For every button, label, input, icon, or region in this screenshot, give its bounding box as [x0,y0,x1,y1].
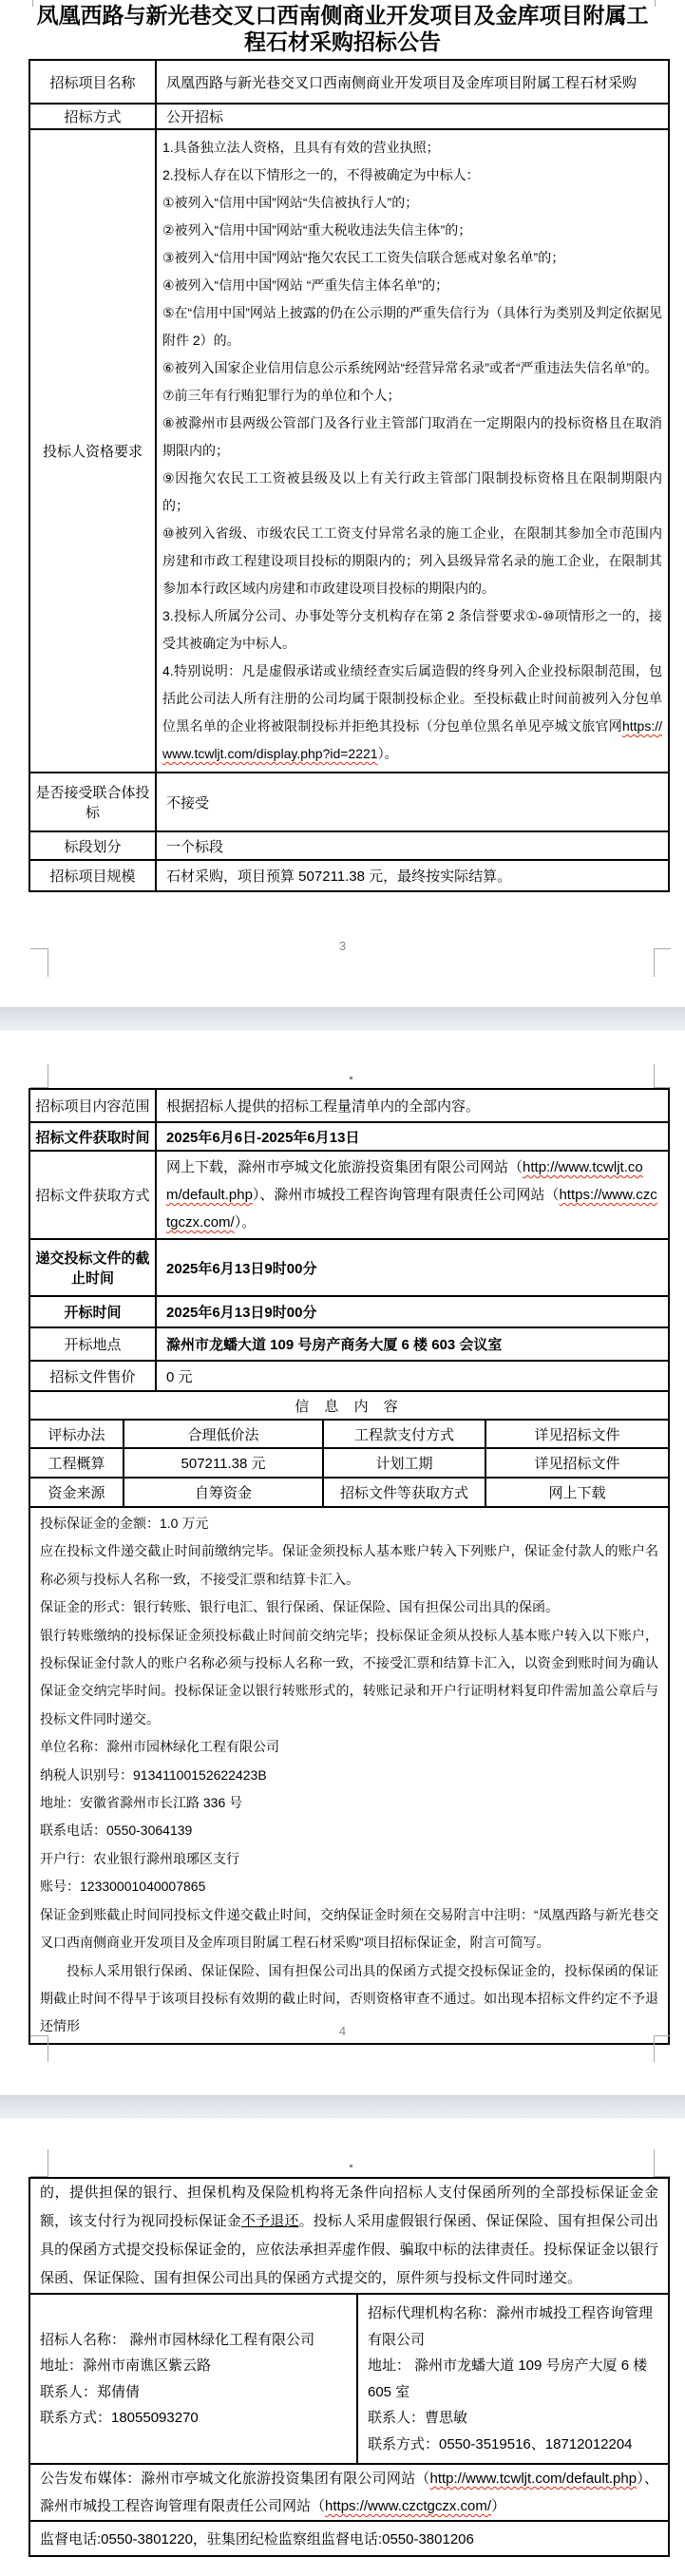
margin-mark [48,948,48,977]
qualification-item: ⑥被列入国家企业信用信息公示系统网站“经营异常名录”或者“严重违法失信名单”的。 [162,354,662,382]
margin-mark [48,2035,48,2062]
tenderer-address: 地址：滁州市南谯区紫云路 [40,2353,347,2379]
page-2: 招标项目内容范围 根据招标人提供的招标工程量清单内的全部内容。 招标文件获取时间… [0,1030,685,2095]
fund-source-label: 资金来源 [29,1478,124,1507]
table-row: 公告发布媒体：滁州市亭城文化旅游投资集团有限公司网站（http://www.tc… [29,2464,669,2521]
margin-mark [654,2149,655,2177]
open-place-value: 滁州市龙蟠大道 109 号房产商务大厦 6 楼 603 会议室 [156,1327,669,1361]
table-row: 资金来源 自筹资金 招标文件等获取方式 网上下载 [29,1478,669,1507]
qualification-item: 4.特别说明：凡是虚假承诺或业绩经查实后属造假的终身列入企业投标限制范围，包括此… [162,658,662,768]
lot-division-value: 一个标段 [156,831,669,860]
margin-mark [654,2035,655,2062]
table-row: 递交投标文件的截止时间 2025年6月13日9时00分 [29,1239,669,1296]
tender-info-table: 招标项目内容范围 根据招标人提供的招标工程量清单内的全部内容。 招标文件获取时间… [29,1088,670,2045]
open-place-label: 开标地点 [29,1327,156,1361]
doc-obtain-way-value: 网上下载，滁州市亭城文化旅游投资集团有限公司网站（http://www.tcwl… [156,1151,669,1239]
qualification-item: 2.投标人存在以下情形之一的，不得被确定为中标人： [162,162,662,189]
margin-mark [654,948,655,977]
margin-mark [48,1064,48,1088]
table-row: 招标人名称： 滁州市园林绿化工程有限公司 地址：滁州市南谯区紫云路 联系人：郑倩… [29,2294,669,2464]
scope-label: 招标项目内容范围 [29,1089,156,1122]
project-name-value: 凤凰西路与新光巷交叉口西南侧商业开发项目及金库项目附属工程石材采购 [156,60,669,104]
doc-obtain-text: ）、滁州市城投工程咨询管理有限责任公司网站（ [253,1187,560,1203]
page-number: 3 [0,939,685,953]
margin-mark [654,2035,671,2036]
contact-table: 的，提供担保的银行、担保机构及保险机构将无条件向招标人支付保函所列的全部投标保证… [29,2177,670,2557]
media-text: 公告发布媒体：滁州市亭城文化旅游投资集团有限公司网站（ [40,2471,429,2487]
guarantee-paragraph: 应在投标文件递交截止时间前缴纳完毕。保证金须投标人基本账户转入下列账户，保证金付… [40,1537,658,1593]
guarantee-paragraph: 保证金的形式：银行转账、银行电汇、银行保函、保证保险、国有担保公司出具的保函。 [40,1593,658,1621]
account-phone: 联系电话：0550-3064139 [40,1817,658,1844]
qualification-label: 投标人资格要求 [29,129,156,773]
joint-bid-label: 是否接受联合体投标 [29,773,156,831]
page-number: 4 [0,2024,685,2038]
fund-source-value: 自筹资金 [124,1478,323,1507]
lot-division-label: 标段划分 [29,831,156,860]
tender-method-label: 招标方式 [29,104,156,129]
page-separator [0,2095,685,2118]
agency-phone: 联系方式：0550-3519516、18712012204 [368,2432,658,2458]
doc-obtain-time-value: 2025年6月6日-2025年6月13日 [156,1122,669,1151]
open-time-label: 开标时间 [29,1296,156,1327]
qualification-item: ⑩被列入省级、市级农民工工资支付异常名录的施工企业，在限制其参加全市范围内房建和… [162,520,662,602]
obtain-way-value: 网上下载 [485,1478,669,1507]
margin-mark [654,1064,655,1088]
table-row: 评标办法 合理低价法 工程款支付方式 详见招标文件 [29,1420,669,1448]
table-row: 招标项目规模 石材采购，项目预算 507211.38 元，最终按实际结算。 [29,860,669,891]
table-row: 投标人资格要求 1.具备独立法人资格，且具有有效的营业执照； 2.投标人存在以下… [29,129,669,773]
qualification-note: 4.特别说明：凡是虚假承诺或业绩经查实后属造假的终身列入企业投标限制范围，包括此… [162,663,662,734]
doc-obtain-text: ）。 [235,1214,257,1231]
obtain-way-label: 招标文件等获取方式 [323,1478,485,1507]
eval-method-value: 合理低价法 [124,1420,323,1448]
submit-deadline-value: 2025年6月13日9时00分 [156,1239,669,1296]
payment-way-label: 工程款支付方式 [323,1420,485,1448]
doc-obtain-text: 网上下载，滁州市亭城文化旅游投资集团有限公司网站（ [166,1159,523,1175]
scope-value: 根据招标人提供的招标工程量清单内的全部内容。 [156,1089,669,1122]
project-scale-value: 石材采购，项目预算 507211.38 元，最终按实际结算。 [156,860,669,891]
payment-way-value: 详见招标文件 [485,1420,669,1448]
bank-name: 开户行：农业银行滁州琅琊区支行 [40,1845,658,1873]
doc-obtain-time-label: 招标文件获取时间 [29,1122,156,1151]
center-margin-dot [350,1077,352,1079]
guarantee-continuation: 的，提供担保的银行、担保机构及保险机构将无条件向招标人支付保函所列的全部投标保证… [40,2179,658,2293]
supervision-phone: 监督电话:0550-3801220，驻集团纪检监察组监督电话:0550-3801… [29,2521,669,2556]
guarantee-amount: 投标保证金的金额：1.0 万元 [40,1510,658,1537]
doc-price-value: 0 元 [156,1361,669,1391]
table-row: 开标地点 滁州市龙蟠大道 109 号房产商务大厦 6 楼 603 会议室 [29,1327,669,1361]
tenderer-name: 招标人名称： 滁州市园林绿化工程有限公司 [40,2327,347,2354]
announcement-media-cell: 公告发布媒体：滁州市亭城文化旅游投资集团有限公司网站（http://www.tc… [29,2464,669,2521]
page-3: 的，提供担保的银行、担保机构及保险机构将无条件向招标人支付保函所列的全部投标保证… [0,2118,685,2576]
table-row: 信 息 内 容 [29,1391,669,1420]
qualification-item: ④被列入“信用中国”网站 “严重失信主体名单”的； [162,272,662,299]
submit-deadline-label: 递交投标文件的截止时间 [29,1239,156,1296]
taxpayer-id: 纳税人识别号：91341100152622423B [40,1762,658,1789]
table-row: 招标文件售价 0 元 [29,1361,669,1391]
doc-obtain-way-label: 招标文件获取方式 [29,1151,156,1239]
budget-label: 工程概算 [29,1448,124,1478]
guarantee-continuation-cell: 的，提供担保的银行、担保机构及保险机构将无条件向招标人支付保函所列的全部投标保证… [29,2178,669,2294]
guarantee-paragraph: 保证金到账截止时间同投标文件递交截止时间，交纳保证金时须在交易附言中注明：“凤凰… [40,1901,658,1957]
tenderer-cell: 招标人名称： 滁州市园林绿化工程有限公司 地址：滁州市南谯区紫云路 联系人：郑倩… [29,2294,357,2464]
qualification-item: ③被列入“信用中国”网站“拖欠农民工工资失信联合惩戒对象名单”的； [162,244,662,272]
qualification-item: ⑦前三年有行贿犯罪行为的单位和个人； [162,382,662,410]
table-row: 监督电话:0550-3801220，驻集团纪检监察组监督电话:0550-3801… [29,2521,669,2556]
table-row: 工程概算 507211.38 元 计划工期 详见招标文件 [29,1448,669,1478]
open-time-value: 2025年6月13日9时00分 [156,1296,669,1327]
table-row: 投标保证金的金额：1.0 万元 应在投标文件递交截止时间前缴纳完毕。保证金须投标… [29,1507,669,2044]
agency-address: 地址： 滁州市龙蟠大道 109 号房产大厦 6 楼 605 室 [368,2353,658,2405]
info-content-header: 信 息 内 容 [29,1391,669,1420]
margin-mark [48,2149,48,2177]
qualification-item: ⑤在“信用中国”网站上披露的仍在公示期的严重失信行为（具体行为类别及判定依据见附… [162,299,662,354]
qualification-item: 3.投标人所属分公司、办事处等分支机构存在第 2 条信誉要求①-⑩项情形之一的，… [162,602,662,658]
document-viewer: 凤凰西路与新光巷交叉口西南侧商业开发项目及金库项目附属工程石材采购招标公告 招标… [0,0,685,2576]
qualification-item: ⑨因拖欠农民工工资被县级及以上有关行政主管部门限制投标资格且在限制期限内的； [162,465,662,520]
qualification-item: 1.具备独立法人资格，且具有有效的营业执照； [162,134,662,162]
table-row: 招标方式 公开招标 [29,104,669,129]
document-title: 凤凰西路与新光巷交叉口西南侧商业开发项目及金库项目附属工程石材采购招标公告 [29,2,656,55]
table-row: 开标时间 2025年6月13日9时00分 [29,1296,669,1327]
bank-account: 账号：12330001040007865 [40,1873,658,1900]
czctgczx-url: https://www.czctgczx.com/ [325,2498,491,2514]
doc-price-label: 招标文件售价 [29,1361,156,1391]
tcwljt-url: http://www.tcwljt.com/default.php [429,2471,637,2487]
media-text: ） [491,2498,505,2514]
qualification-item: ①被列入“信用中国”网站“失信被执行人”的； [162,189,662,217]
page-separator [0,1007,685,1030]
table-row: 招标文件获取时间 2025年6月6日-2025年6月13日 [29,1122,669,1151]
tenderer-phone: 联系方式：18055093270 [40,2405,347,2432]
project-name-label: 招标项目名称 [29,60,156,104]
qualification-note-end: ）。 [378,746,398,761]
qualification-item: ②被列入“信用中国”网站“重大税收违法失信主体”的； [162,217,662,244]
page-1: 凤凰西路与新光巷交叉口西南侧商业开发项目及金库项目附属工程石材采购招标公告 招标… [0,0,685,1007]
joint-bid-value: 不接受 [156,773,669,831]
table-row: 的，提供担保的银行、担保机构及保险机构将无条件向招标人支付保函所列的全部投标保证… [29,2178,669,2294]
margin-mark [30,2035,48,2036]
announcement-media: 公告发布媒体：滁州市亭城文化旅游投资集团有限公司网站（http://www.tc… [40,2465,658,2520]
bid-guarantee-cell: 投标保证金的金额：1.0 万元 应在投标文件递交截止时间前缴纳完毕。保证金须投标… [29,1507,669,2044]
table-row: 是否接受联合体投标 不接受 [29,773,669,831]
table-row: 招标文件获取方式 网上下载，滁州市亭城文化旅游投资集团有限公司网站（http:/… [29,1151,669,1239]
agency-cell: 招标代理机构名称：滁州市城投工程咨询管理有限公司 地址： 滁州市龙蟠大道 109… [357,2294,669,2464]
no-refund-underlined: 不予退还 [241,2213,299,2229]
agency-contact: 联系人：曹思敏 [368,2405,658,2432]
account-address: 地址：安徽省滁州市长江路 336 号 [40,1789,658,1817]
qualification-value: 1.具备独立法人资格，且具有有效的营业执照； 2.投标人存在以下情形之一的，不得… [156,129,669,773]
account-unit-name: 单位名称：滁州市园林绿化工程有限公司 [40,1733,658,1761]
guarantee-paragraph: 银行转账缴纳的投标保证金须投标截止时间前交纳完毕；投标保证金须从投标人基本账户转… [40,1622,658,1734]
table-row: 招标项目内容范围 根据招标人提供的招标工程量清单内的全部内容。 [29,1089,669,1122]
tender-summary-table: 招标项目名称 凤凰西路与新光巷交叉口西南侧商业开发项目及金库项目附属工程石材采购… [29,59,670,892]
qualification-item: ⑧被滁州市县两级公管部门及各行业主管部门取消在一定期限内的投标资格且在取消期限内… [162,410,662,465]
table-row: 招标项目名称 凤凰西路与新光巷交叉口西南侧商业开发项目及金库项目附属工程石材采购 [29,60,669,104]
margin-mark [654,948,671,949]
agency-name: 招标代理机构名称：滁州市城投工程咨询管理有限公司 [368,2300,658,2353]
plan-duration-label: 计划工期 [323,1448,485,1478]
project-scale-label: 招标项目规模 [29,860,156,891]
table-row: 标段划分 一个标段 [29,831,669,860]
plan-duration-value: 详见招标文件 [485,1448,669,1478]
margin-mark [30,948,48,949]
eval-method-label: 评标办法 [29,1420,124,1448]
tender-method-value: 公开招标 [156,104,669,129]
tenderer-contact: 联系人：郑倩倩 [40,2379,347,2406]
budget-value: 507211.38 元 [124,1448,323,1478]
center-margin-dot [350,2165,352,2167]
